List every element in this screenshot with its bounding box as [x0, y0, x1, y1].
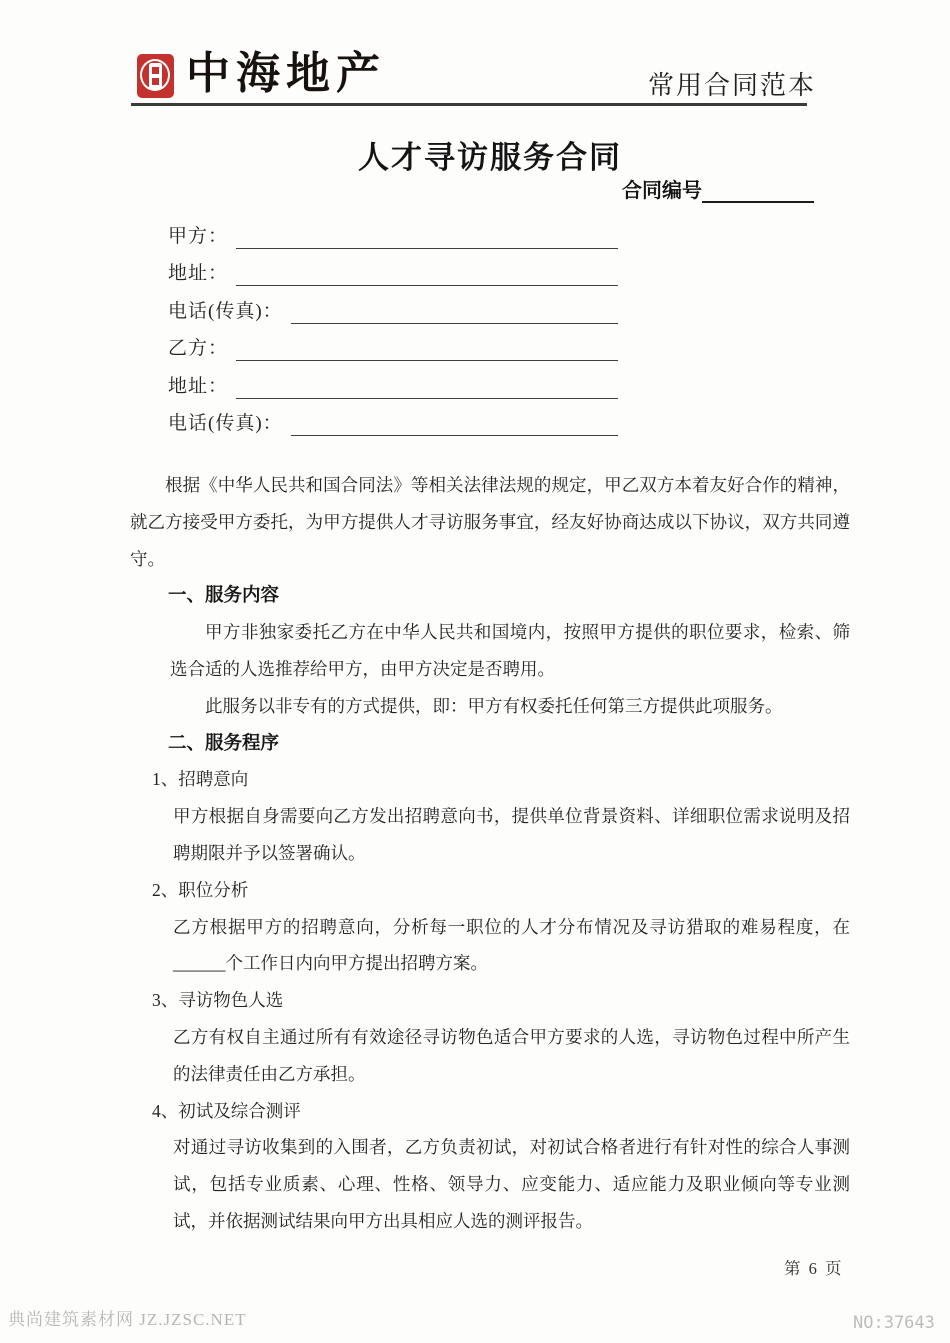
list-item-2-title: 2、职位分析: [152, 872, 850, 909]
section-1-paragraph: 甲方非独家委托乙方在中华人民共和国境内，按照甲方提供的职位要求，检索、筛选合适的…: [170, 614, 850, 688]
list-item-2-body: 乙方根据甲方的招聘意向，分析每一职位的人才分布情况及寻访猎取的难易程度，在___…: [173, 909, 850, 983]
party-row-label: 乙方：: [168, 333, 236, 361]
list-item-1-body: 甲方根据自身需要向乙方发出招聘意向书，提供单位背景资料、详细职位需求说明及招聘期…: [173, 798, 850, 872]
zhonghai-logo-icon: [137, 54, 174, 98]
logo-hole: [152, 67, 159, 75]
party-row-phone-2: 电话(传真)：: [168, 399, 618, 437]
party-row-blank: [291, 425, 618, 436]
intro-paragraph: 根据《中华人民共和国合同法》等相关法律法规的规定，甲乙双方本着友好合作的精神，就…: [130, 467, 850, 577]
header-rule: [131, 103, 807, 106]
page-title: 人才寻访服务合同: [130, 132, 850, 177]
party-row-yifang: 乙方：: [168, 324, 618, 362]
watermark-number: NO:37643: [853, 1313, 935, 1333]
contract-number-label: 合同编号: [622, 174, 702, 203]
party-row-address-2: 地址：: [168, 361, 618, 399]
party-row-phone-1: 电话(传真)：: [168, 286, 618, 324]
section-heading-1: 一、服务内容: [168, 577, 850, 614]
contract-number-row: 合同编号: [622, 174, 814, 203]
page-number: 第 6 页: [784, 1255, 844, 1279]
section-heading-2: 二、服务程序: [168, 725, 850, 762]
contract-body: 根据《中华人民共和国合同法》等相关法律法规的规定，甲乙双方本着友好合作的精神，就…: [130, 467, 850, 1240]
section-1-paragraph: 此服务以非专有的方式提供，即：甲方有权委托任何第三方提供此项服务。: [170, 688, 850, 725]
party-row-address-1: 地址：: [168, 249, 618, 287]
list-item-3-title: 3、寻访物色人选: [152, 982, 850, 1019]
list-item-3-body: 乙方有权自主通过所有有效途径寻访物色适合甲方要求的人选，寻访物色过程中所产生的法…: [173, 1019, 850, 1093]
party-row-blank: [236, 350, 618, 361]
brand-name: 中海地产: [186, 50, 386, 98]
logo-bar: [149, 63, 162, 89]
party-row-label: 地址：: [168, 371, 236, 399]
party-row-label: 地址：: [168, 258, 236, 286]
party-row-blank: [236, 388, 618, 399]
header-corner-label: 常用合同范本: [648, 65, 816, 102]
party-row-label: 电话(传真)：: [168, 408, 291, 436]
list-item-4-title: 4、初试及综合测评: [152, 1093, 850, 1130]
logo-hole: [152, 78, 159, 86]
party-form: 甲方： 地址： 电话(传真)： 乙方： 地址： 电话(传真)：: [168, 211, 618, 436]
party-row-blank: [291, 313, 618, 324]
watermark-site: 典尚建筑素材网 JZ.JZSC.NET: [8, 1305, 247, 1330]
contract-page: 中海地产 常用合同范本 人才寻访服务合同 合同编号 甲方： 地址： 电话(传真)…: [0, 0, 950, 1343]
list-item-4-body: 对通过寻访收集到的入围者，乙方负责初试，对初试合格者进行有针对性的综合人事测试，…: [173, 1129, 850, 1239]
party-row-blank: [236, 275, 618, 286]
contract-number-blank: [702, 179, 814, 203]
party-row-jiafang: 甲方：: [168, 211, 618, 249]
party-row-label: 甲方：: [168, 221, 236, 249]
list-item-1-title: 1、招聘意向: [152, 761, 850, 798]
party-row-label: 电话(传真)：: [168, 296, 291, 324]
party-row-blank: [236, 238, 618, 249]
